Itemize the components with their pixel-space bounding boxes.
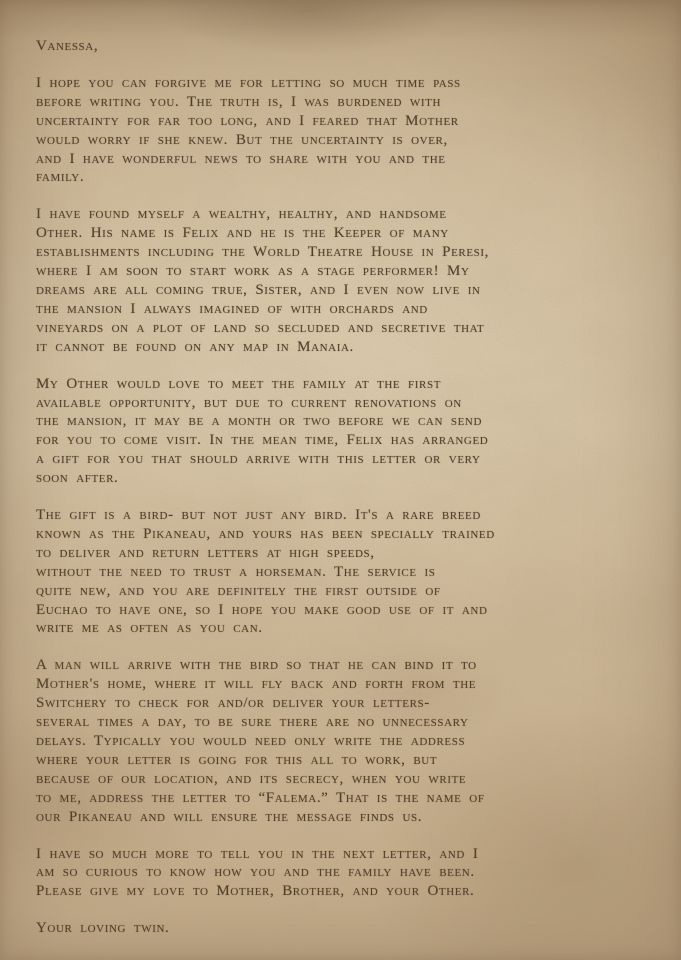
parchment-letter-page: Vanessa, I hope you can forgive me for l… bbox=[0, 0, 681, 960]
letter-line: soon after. bbox=[36, 469, 651, 488]
letter-line: the mansion, it may be a month or two be… bbox=[36, 412, 651, 431]
letter-paragraph: I have found myself a wealthy, healthy, … bbox=[36, 205, 651, 356]
letter-line: delays. Typically you would need only wr… bbox=[36, 732, 651, 751]
letter-line: several times a day, to be sure there ar… bbox=[36, 713, 651, 732]
letter-line: I hope you can forgive me for letting so… bbox=[36, 74, 651, 93]
letter-salutation: Vanessa, bbox=[36, 37, 651, 56]
letter-line: where I am soon to start work as a stage… bbox=[36, 262, 651, 281]
letter-paragraphs: I hope you can forgive me for letting so… bbox=[36, 74, 651, 901]
letter-line: to deliver and return letters at high sp… bbox=[36, 544, 651, 563]
letter-line: vineyards on a plot of land so secluded … bbox=[36, 319, 651, 338]
letter-line: establishments including the World Theat… bbox=[36, 243, 651, 262]
letter-line: am so curious to know how you and the fa… bbox=[36, 863, 651, 882]
letter-line: it cannot be found on any map in Manaia. bbox=[36, 338, 651, 357]
letter-line: where your letter is going for this all … bbox=[36, 751, 651, 770]
letter-closing: Your loving twin. bbox=[36, 919, 651, 938]
letter-line: Euchao to have one, so I hope you make g… bbox=[36, 601, 651, 620]
letter-line: available opportunity, but due to curren… bbox=[36, 394, 651, 413]
letter-line: dreams are all coming true, Sister, and … bbox=[36, 281, 651, 300]
letter-line: I have so much more to tell you in the n… bbox=[36, 845, 651, 864]
letter-line: uncertainty for far too long, and I fear… bbox=[36, 112, 651, 131]
letter-line: quite new, and you are definitely the fi… bbox=[36, 582, 651, 601]
letter-line: before writing you. The truth is, I was … bbox=[36, 93, 651, 112]
letter-paragraph: I have so much more to tell you in the n… bbox=[36, 845, 651, 902]
letter-paragraph: A man will arrive with the bird so that … bbox=[36, 656, 651, 826]
letter-paragraph: I hope you can forgive me for letting so… bbox=[36, 74, 651, 187]
letter-line: I have found myself a wealthy, healthy, … bbox=[36, 205, 651, 224]
letter-paragraph: My Other would love to meet the family a… bbox=[36, 375, 651, 488]
letter-line: My Other would love to meet the family a… bbox=[36, 375, 651, 394]
letter-line: to me, address the letter to “Falema.” T… bbox=[36, 789, 651, 808]
letter-paragraph: The gift is a bird- but not just any bir… bbox=[36, 506, 651, 638]
letter-line: a gift for you that should arrive with t… bbox=[36, 450, 651, 469]
letter-line: for you to come visit. In the mean time,… bbox=[36, 431, 651, 450]
letter-line: A man will arrive with the bird so that … bbox=[36, 656, 651, 675]
letter-line: write me as often as you can. bbox=[36, 619, 651, 638]
letter-line: The gift is a bird- but not just any bir… bbox=[36, 506, 651, 525]
letter-line: Please give my love to Mother, Brother, … bbox=[36, 882, 651, 901]
letter-line: and I have wonderful news to share with … bbox=[36, 150, 651, 169]
letter-line: without the need to trust a horseman. Th… bbox=[36, 563, 651, 582]
letter-line: known as the Pikaneau, and yours has bee… bbox=[36, 525, 651, 544]
letter-content: Vanessa, I hope you can forgive me for l… bbox=[0, 0, 681, 960]
letter-line: because of our location, and its secrecy… bbox=[36, 770, 651, 789]
letter-line: Other. His name is Felix and he is the K… bbox=[36, 224, 651, 243]
letter-line: Switchery to check for and/or deliver yo… bbox=[36, 694, 651, 713]
letter-line: family. bbox=[36, 168, 651, 187]
letter-line: would worry if she knew. But the uncerta… bbox=[36, 131, 651, 150]
letter-line: Mother's home, where it will fly back an… bbox=[36, 675, 651, 694]
letter-line: the mansion I always imagined of with or… bbox=[36, 300, 651, 319]
letter-line: our Pikaneau and will ensure the message… bbox=[36, 808, 651, 827]
